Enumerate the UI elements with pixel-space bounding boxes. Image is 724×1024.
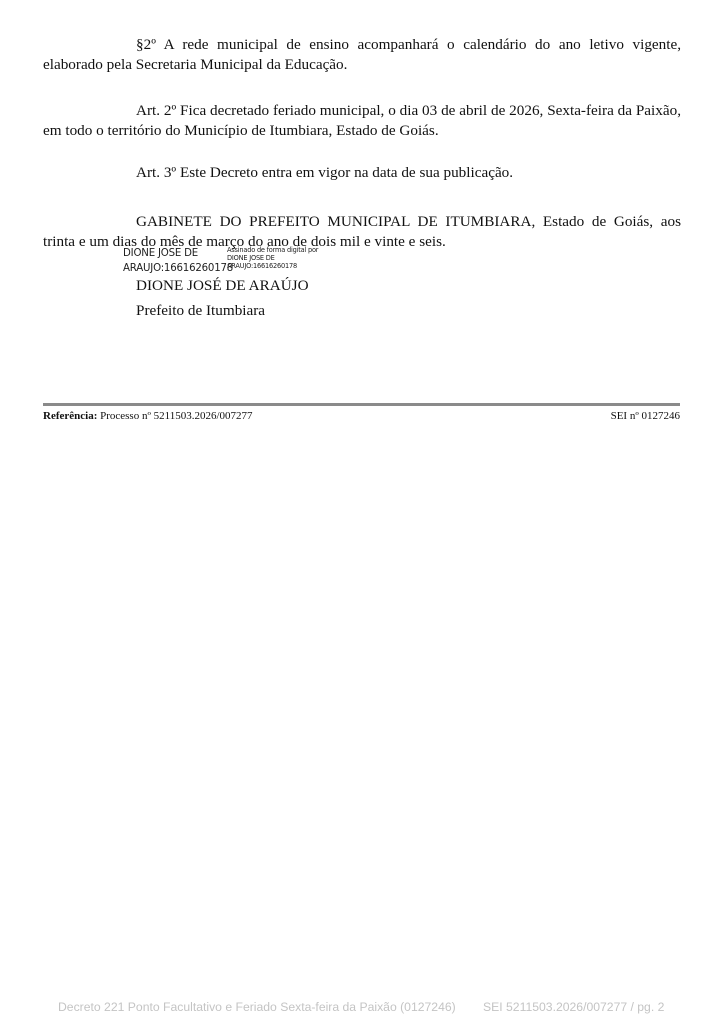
paragraph-text: §2º A rede municipal de ensino acompanha… bbox=[43, 36, 681, 73]
paragraph-text: Art. 3º Este Decreto entra em vigor na d… bbox=[136, 164, 513, 181]
paragraph-text: GABINETE DO PREFEITO MUNICIPAL DE ITUMBI… bbox=[43, 213, 681, 250]
paragraph-article-3: Art. 3º Este Decreto entra em vigor na d… bbox=[43, 163, 681, 183]
signature-name: DIONE JOSE DE ARAUJO:16616260178 bbox=[123, 246, 233, 276]
footer-document-title: Decreto 221 Ponto Facultativo e Feriado … bbox=[58, 1000, 456, 1014]
reference-divider bbox=[43, 403, 680, 406]
paragraph-article-2: Art. 2º Fica decretado feriado municipal… bbox=[43, 101, 681, 141]
signature-detail-line1: Assinado de forma digital por bbox=[227, 246, 318, 254]
signature-detail-line3: ARAUJO:16616260178 bbox=[227, 262, 318, 270]
signature-detail: Assinado de forma digital por DIONE JOSE… bbox=[227, 246, 318, 270]
signer-name: DIONE JOSÉ DE ARAÚJO bbox=[136, 277, 309, 295]
footer-page-info: SEI 5211503.2026/007277 / pg. 2 bbox=[483, 1000, 664, 1014]
signature-name-line2: ARAUJO:16616260178 bbox=[123, 261, 233, 276]
paragraph-section-2: §2º A rede municipal de ensino acompanha… bbox=[43, 35, 681, 75]
reference-label: Referência: bbox=[43, 410, 97, 422]
reference-process: Referência: Processo nº 5211503.2026/007… bbox=[43, 410, 253, 422]
signature-name-line1: DIONE JOSE DE bbox=[123, 246, 233, 261]
signature-detail-line2: DIONE JOSE DE bbox=[227, 254, 318, 262]
reference-value: Processo nº 5211503.2026/007277 bbox=[100, 410, 252, 422]
reference-sei-number: SEI nº 0127246 bbox=[611, 410, 680, 422]
signer-role: Prefeito de Itumbiara bbox=[136, 302, 265, 320]
paragraph-text: Art. 2º Fica decretado feriado municipal… bbox=[43, 102, 681, 139]
